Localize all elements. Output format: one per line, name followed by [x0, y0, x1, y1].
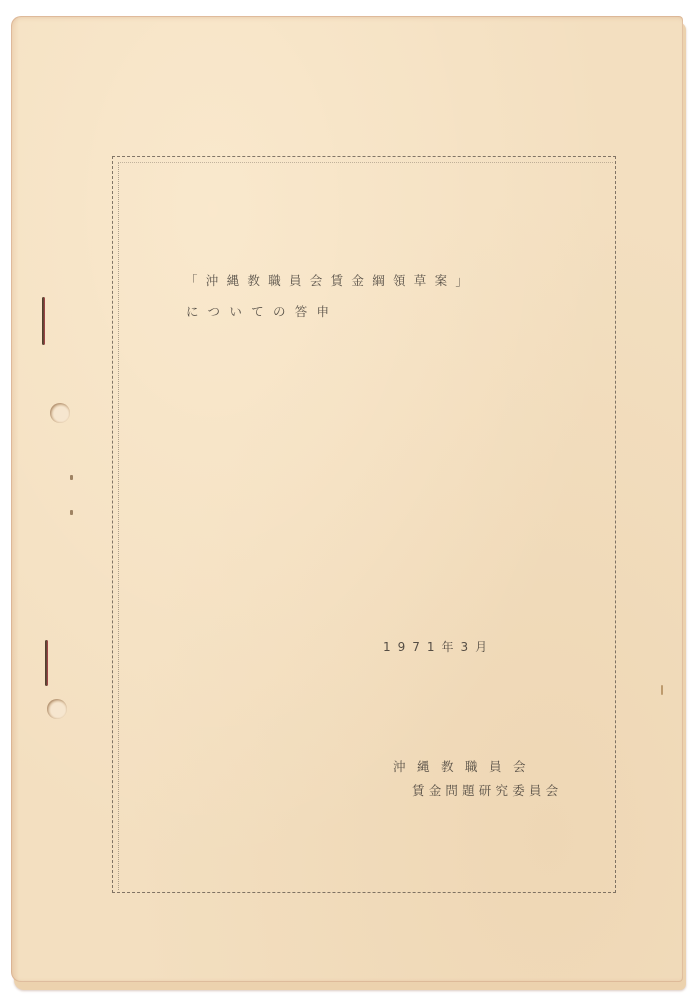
document-title-line-2: についての答申 — [186, 302, 338, 320]
paper-speck — [70, 475, 73, 480]
paper-mark — [661, 685, 663, 695]
issuing-committee: 賃金問題研究委員会 — [412, 781, 562, 799]
document-title-line-1: 「沖縄教職員会賃金綱領草案」 — [185, 271, 476, 289]
issuing-organization: 沖縄教職員会 — [393, 757, 537, 775]
binding-hole-bottom-icon — [47, 699, 67, 719]
binding-hole-top-icon — [50, 403, 70, 423]
binding-stitch-top-icon — [42, 297, 45, 345]
document-date: 1971年3月 — [383, 638, 494, 655]
scan-canvas: 「沖縄教職員会賃金綱領草案」 についての答申 1971年3月 沖縄教職員会 賃金… — [0, 0, 695, 1000]
binding-stitch-bottom-icon — [45, 640, 48, 686]
paper-speck — [70, 510, 73, 515]
